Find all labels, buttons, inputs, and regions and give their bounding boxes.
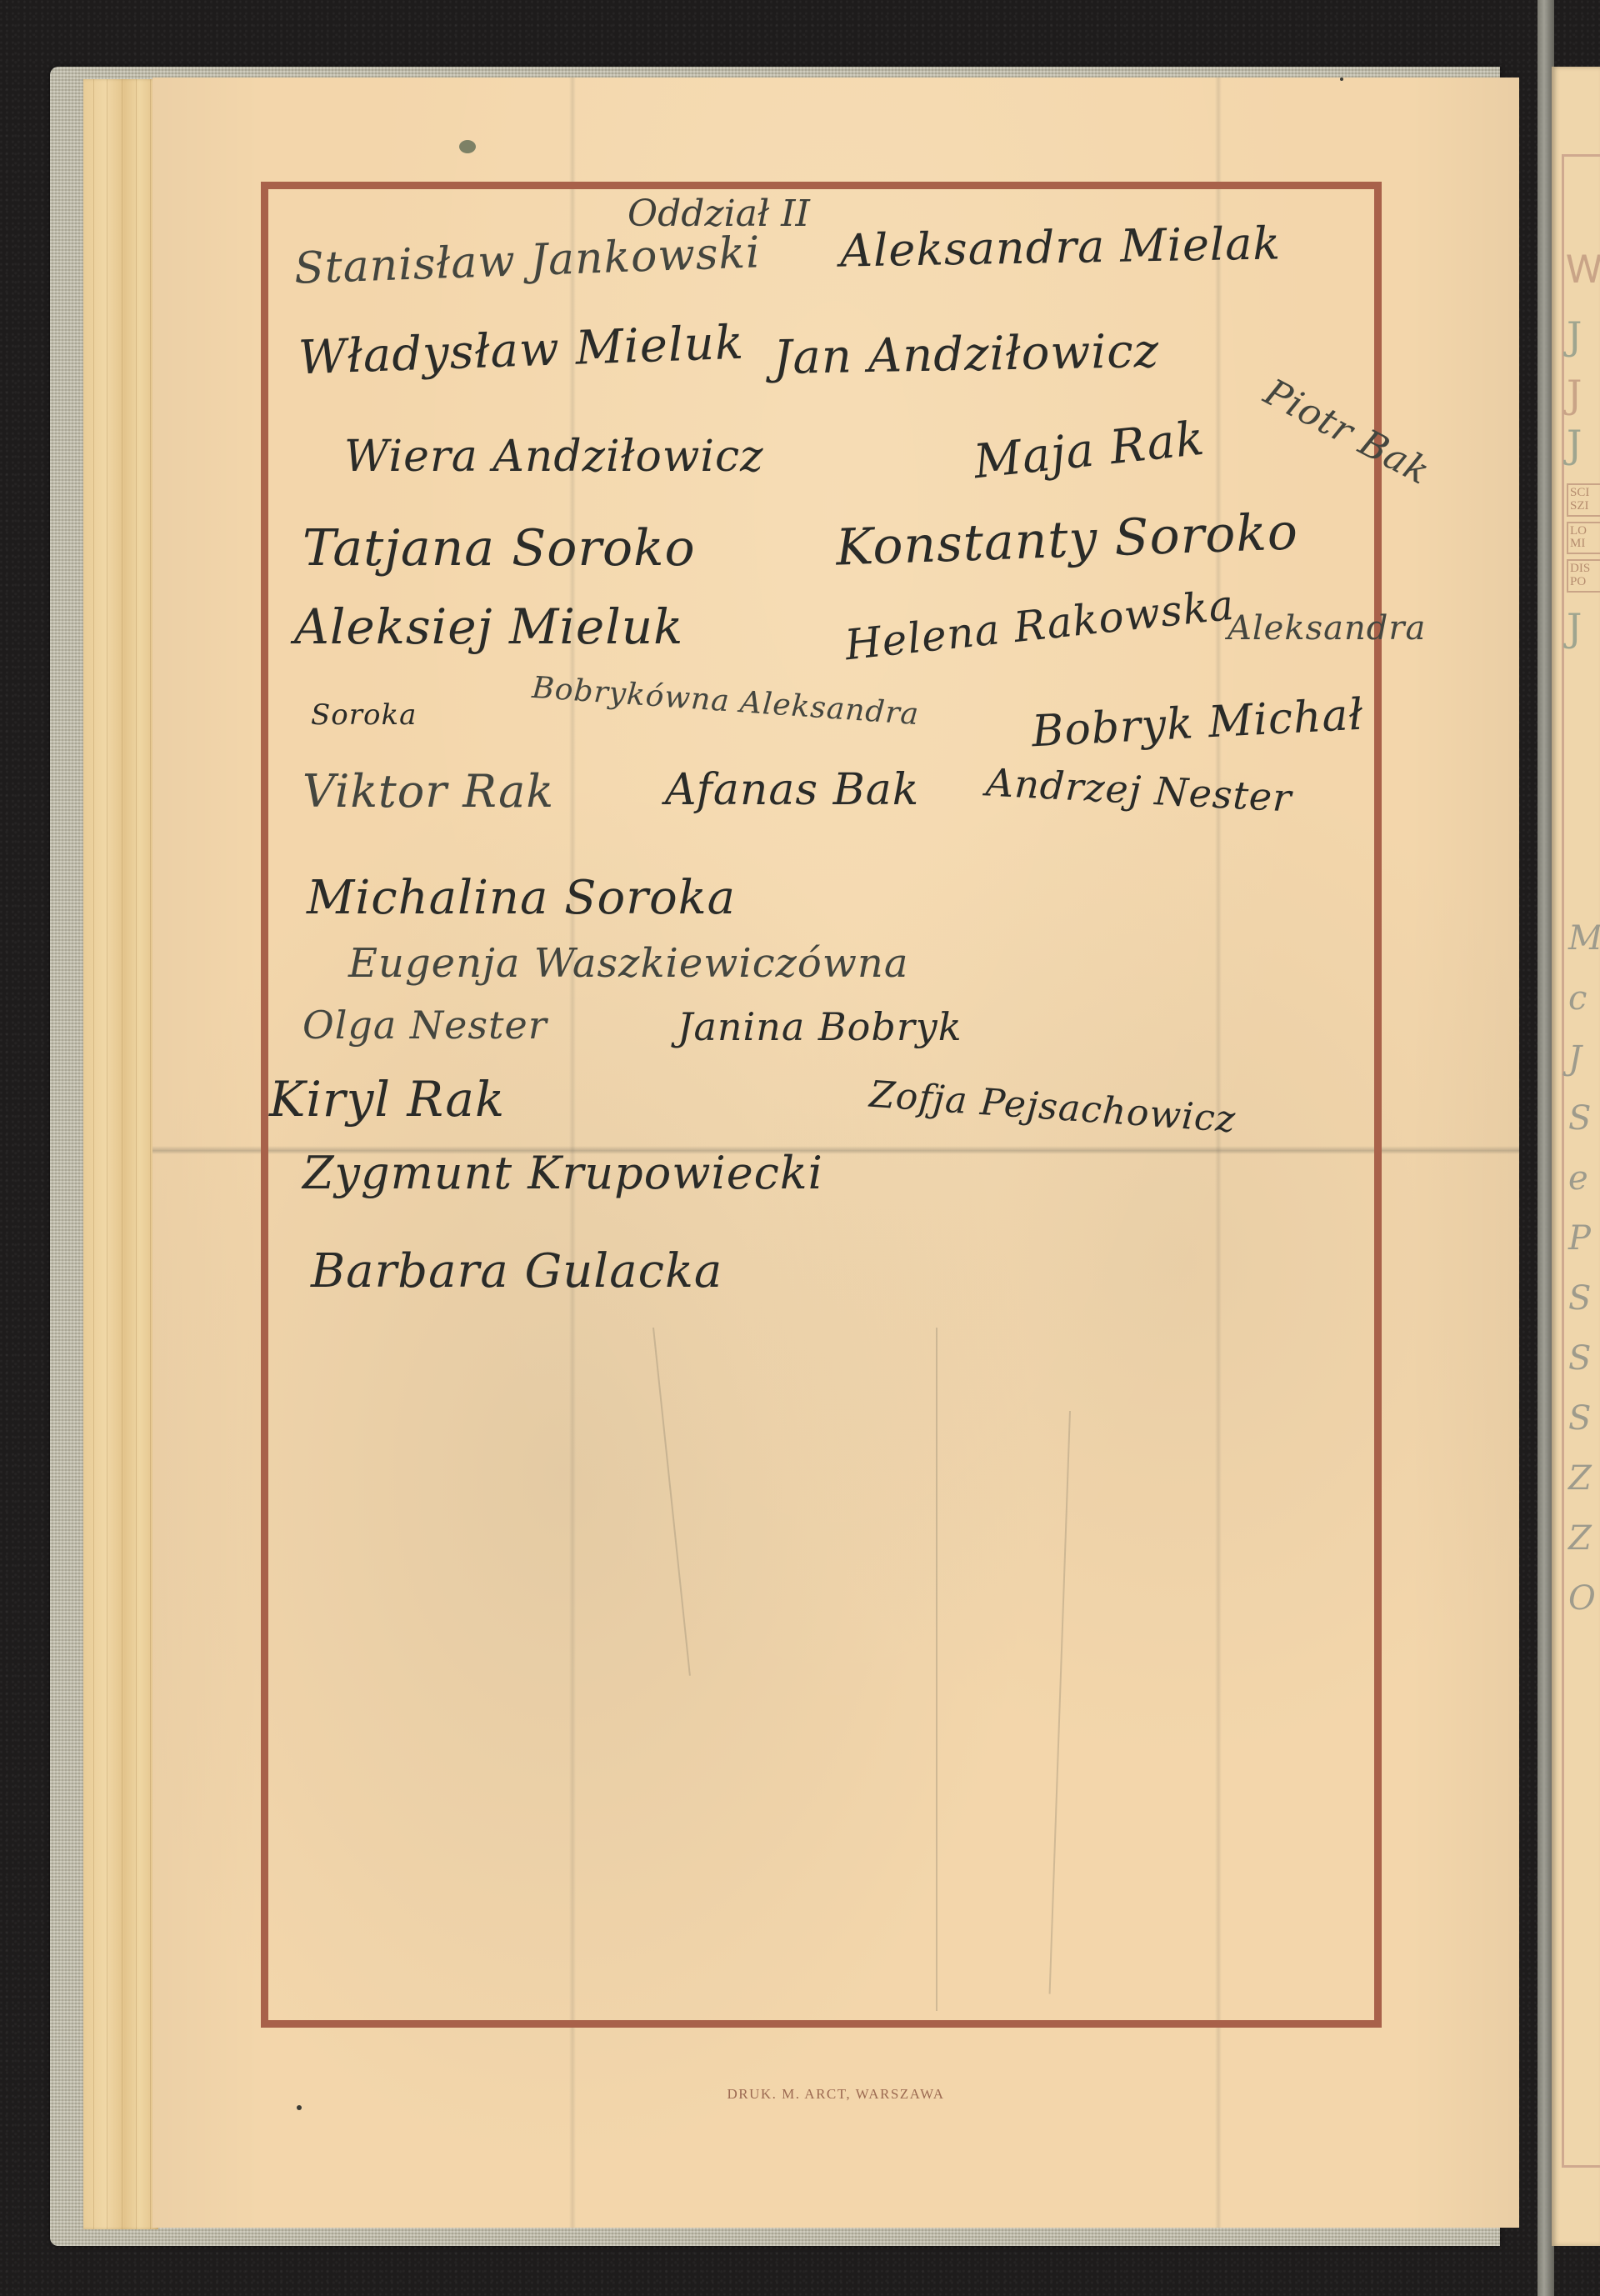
label-box: DIS PO	[1567, 559, 1600, 593]
signature: Jan Andziłowicz	[772, 324, 1159, 385]
handwriting-fragment: S	[1568, 1088, 1600, 1148]
decorative-letter: J	[1567, 608, 1600, 647]
signature: Bobryk Michał	[1031, 690, 1365, 758]
adjacent-page-label-boxes: SCI SZI LO MI DIS PO	[1567, 483, 1600, 598]
signature-list: Oddział II Stanisław Jankowski Aleksandr…	[152, 78, 1519, 2228]
signature: Aleksandra Mielak	[839, 217, 1281, 277]
signature: Kiryl Rak	[269, 1071, 505, 1128]
signature: Zofja Pejsachowicz	[868, 1073, 1237, 1142]
adjacent-page-handwriting: M c J S e P S S S Z Z O	[1568, 908, 1600, 1628]
signature: Soroka	[311, 698, 417, 732]
adjacent-page-edge: Ꮃ J J J SCI SZI LO MI DIS PO J M c J S e…	[1552, 67, 1600, 2246]
handwriting-fragment: Z	[1568, 1508, 1600, 1568]
signature: Janina Bobryk	[677, 1004, 962, 1049]
signature: Viktor Rak	[302, 765, 554, 818]
book-page-edges	[83, 79, 158, 2229]
signature: Wiera Andziłowicz	[344, 432, 764, 482]
handwriting-fragment: S	[1568, 1328, 1600, 1388]
signature: Barbara Gulacka	[311, 1244, 722, 1298]
handwriting-fragment: J	[1568, 1028, 1600, 1088]
signature: Piotr Bak	[1257, 371, 1437, 493]
signature: Władysław Mieluk	[297, 316, 745, 386]
signature: Andrzej Nester	[985, 759, 1293, 820]
signature: Bobrykówna Aleksandra	[531, 671, 920, 732]
handwriting-fragment: S	[1568, 1388, 1600, 1448]
decorative-letter: J	[1567, 425, 1600, 463]
signature: Zygmunt Krupowiecki	[302, 1147, 823, 1199]
handwriting-fragment: Z	[1568, 1448, 1600, 1508]
printer-mark: DRUK. M. ARCT, WARSZAWA	[152, 2086, 1519, 2103]
signature: Helena Rakowska	[842, 581, 1237, 670]
handwriting-fragment: P	[1568, 1208, 1600, 1268]
signature: Aleksandra	[1227, 609, 1426, 648]
signature: Maja Rak	[971, 412, 1207, 490]
signature: Afanas Bak	[665, 765, 919, 815]
handwriting-fragment: M	[1568, 908, 1600, 968]
handwriting-fragment: c	[1568, 968, 1600, 1028]
label-box: SCI SZI	[1567, 483, 1600, 517]
signature: Tatjana Soroko	[302, 519, 696, 578]
handwriting-fragment: S	[1568, 1268, 1600, 1328]
signature: Michalina Soroka	[307, 871, 736, 925]
signature: Konstanty Soroko	[835, 503, 1299, 577]
decorative-letter: Ꮃ	[1567, 250, 1600, 288]
signature: Olga Nester	[302, 1003, 547, 1048]
label-box: LO MI	[1567, 522, 1600, 555]
document-page: Oddział II Stanisław Jankowski Aleksandr…	[152, 78, 1519, 2228]
signature: Aleksiej Mieluk	[294, 598, 683, 655]
handwriting-fragment: e	[1568, 1148, 1600, 1208]
decorative-letter: J	[1567, 375, 1600, 413]
handwriting-fragment: O	[1568, 1568, 1600, 1628]
signature: Eugenja Waszkiewiczówna	[348, 940, 908, 987]
decorative-letter: J	[1567, 317, 1600, 355]
signature: Stanisław Jankowski	[293, 228, 761, 293]
